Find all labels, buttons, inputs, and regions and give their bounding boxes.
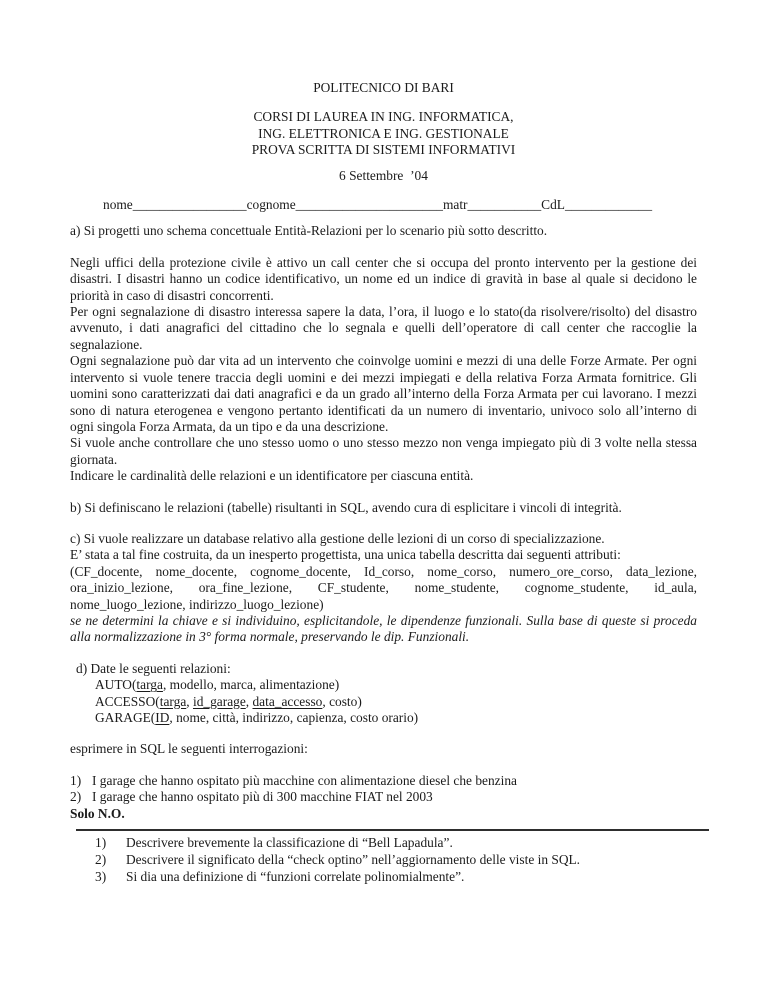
theory-questions: 1) Descrivere brevemente la classificazi… [70,834,697,885]
text-segment: , costo) [322,694,361,709]
theory-question-1: 1) Descrivere brevemente la classificazi… [70,834,697,851]
query-1-text: I garage che hanno ospitato più macchine… [92,773,517,789]
relation-accesso: ACCESSO(targa, id_garage, data_accesso, … [70,694,697,710]
exam-title: PROVA SCRITTA DI SISTEMI INFORMATIVI [70,142,697,158]
question-a-intro: a) Si progetti uno schema concettuale En… [70,223,697,239]
text-segment: , modello, marca, alimentazione) [163,677,339,692]
theory-question-1-text: Descrivere brevemente la classificazione… [126,834,453,851]
separator-rule [76,829,709,831]
query-2-number: 2) [70,789,92,805]
text-segment: , [186,694,193,709]
relation-auto: AUTO(targa, modello, marca, alimentazion… [70,677,697,693]
query-1: 1) I garage che hanno ospitato più macch… [70,773,697,789]
question-d: d) Date le seguenti relazioni: AUTO(targ… [70,661,697,727]
theory-question-1-number: 1) [95,834,126,851]
text-segment: ACCESSO( [95,694,160,709]
course-title-block: CORSI DI LAUREA IN ING. INFORMATICA, ING… [70,109,697,158]
scenario-paragraph-2: Per ogni segnalazione di disastro intere… [70,304,697,353]
theory-question-2: 2) Descrivere il significato della “chec… [70,851,697,868]
table-attributes-list: (CF_docente, nome_docente, cognome_docen… [70,564,697,613]
course-line-2: ING. ELETTRONICA E ING. GESTIONALE [70,126,697,142]
course-line-1: CORSI DI LAUREA IN ING. INFORMATICA, [70,109,697,125]
question-c-intro: c) Si vuole realizzare un database relat… [70,531,697,547]
scenario-description: Negli uffici della protezione civile è a… [70,255,697,485]
exam-date: 6 Settembre ’04 [70,168,697,184]
text-segment: _________________ [133,197,247,212]
relation-garage: GARAGE(ID, nome, città, indirizzo, capie… [70,710,697,726]
text-segment: CdL [541,197,565,212]
text-segment: _____________ [565,197,652,212]
query-2: 2) I garage che hanno ospitato più di 30… [70,789,697,805]
text-segment: GARAGE( [95,710,155,725]
theory-question-3-text: Si dia una definizione di “funzioni corr… [126,868,464,885]
question-c: c) Si vuole realizzare un database relat… [70,531,697,646]
document-header: POLITECNICO DI BARI CORSI DI LAUREA IN I… [70,80,697,184]
scenario-paragraph-1: Negli uffici della protezione civile è a… [70,255,697,304]
text-segment: cognome [247,197,296,212]
theory-question-3: 3) Si dia una definizione di “funzioni c… [70,868,697,885]
query-1-number: 1) [70,773,92,789]
solo-no-note: Solo N.O. [70,806,697,822]
question-d-intro: d) Date le seguenti relazioni: [70,661,697,677]
underlined-key-attribute: ID [155,710,169,725]
scenario-paragraph-4: Si vuole anche controllare che uno stess… [70,435,697,468]
text-segment: ___________ [468,197,542,212]
theory-question-2-number: 2) [95,851,126,868]
text-segment: AUTO( [95,677,136,692]
underlined-key-attribute: targa [160,694,187,709]
scenario-paragraph-3: Ogni segnalazione può dar vita ad un int… [70,353,697,435]
text-segment: , nome, città, indirizzo, capienza, cost… [169,710,418,725]
text-segment: nome [103,197,133,212]
theory-question-2-text: Descrivere il significato della “check o… [126,851,580,868]
question-c-construction: E’ stata a tal fine costruita, da un ine… [70,547,697,563]
query-2-text: I garage che hanno ospitato più di 300 m… [92,789,433,805]
sql-instruction: esprimere in SQL le seguenti interrogazi… [70,741,697,757]
sql-queries: 1) I garage che hanno ospitato più macch… [70,773,697,822]
institution-title: POLITECNICO DI BARI [70,80,697,96]
theory-question-3-number: 3) [95,868,126,885]
underlined-key-attribute: id_garage [193,694,246,709]
question-b: b) Si definiscano le relazioni (tabelle)… [70,500,697,516]
normalization-note: se ne determini la chiave e si individui… [70,613,697,646]
text-segment: ______________________ [296,197,443,212]
text-segment: matr [443,197,468,212]
scenario-paragraph-5: Indicare le cardinalità delle relazioni … [70,468,697,484]
exam-document-page: POLITECNICO DI BARI CORSI DI LAUREA IN I… [0,0,768,994]
underlined-key-attribute: targa [136,677,163,692]
student-info-line: nome_________________cognome____________… [70,197,697,213]
underlined-key-attribute: data_accesso [252,694,322,709]
